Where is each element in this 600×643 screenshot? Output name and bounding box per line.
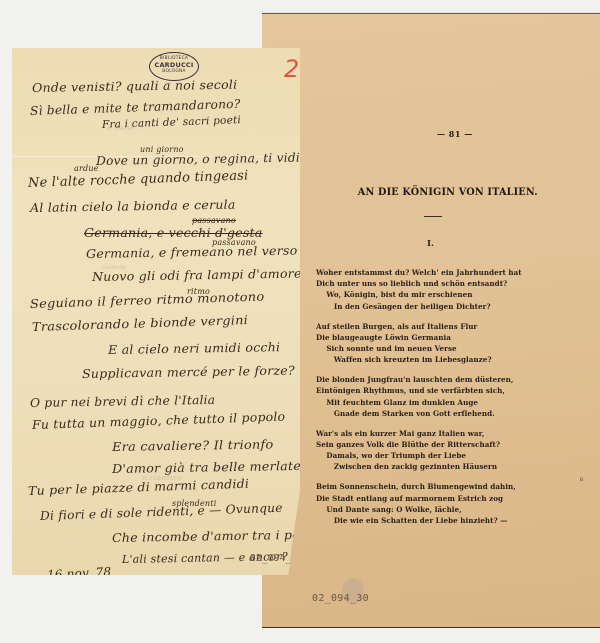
stamp-line: BOLOGNA bbox=[150, 69, 198, 74]
poem-line: Die blonden Jungfrau'n lauschten dem düs… bbox=[316, 374, 589, 385]
handwritten-line: Di fiori e di sole ridenti, e — Ovunque bbox=[40, 501, 283, 523]
handwritten-line: Supplicavan mercé per le forze? bbox=[82, 363, 295, 381]
poem-line: Sich sonnte und im neuen Verse bbox=[316, 343, 589, 354]
poem-line: Damals, wo der Triumph der Liebe bbox=[316, 450, 589, 461]
poem-line: Wo, Königin, bist du mir erschienen bbox=[316, 289, 589, 300]
handwritten-line: Nuovo gli odi fra lampi d'amore? bbox=[92, 266, 309, 284]
page-number: — 81 — bbox=[437, 129, 473, 139]
poem-line: Und Dante sang: O Wolke, lächle, bbox=[316, 504, 589, 515]
poem-line: Die Stadt entlang auf marmornem Estrich … bbox=[316, 493, 589, 504]
handwritten-line: Tu per le piazze di marmi candidi bbox=[28, 477, 250, 498]
stamp-line: CARDUCCI bbox=[150, 61, 198, 69]
poem-line: Sein ganzes Volk die Blüthe der Rittersc… bbox=[316, 439, 589, 450]
handwritten-line: Fu tutta un maggio, che tutto il popolo bbox=[32, 410, 286, 432]
red-folio-mark: 2 bbox=[284, 55, 299, 83]
stanza: War's als ein kurzer Mai ganz Italien wa… bbox=[316, 428, 600, 473]
poem-line: Dich unter uns so lieblich und schön ent… bbox=[316, 278, 589, 289]
handwritten-line: Dove un giorno, o regina, ti vidi? bbox=[96, 150, 307, 168]
title-rule bbox=[424, 216, 442, 217]
poem-line: Zwischen den zackig gezinnten Häusern bbox=[316, 461, 589, 472]
handwritten-manuscript: A' ITALIA . . . . Gelfredo IL COMITATO B… bbox=[12, 48, 300, 575]
poem-line: In den Gesängen der heiligen Dichter? bbox=[316, 301, 589, 312]
poem-line: Auf steilen Burgen, als auf Italiens Flu… bbox=[316, 321, 589, 332]
handwritten-line: Ne l'alte rocche quando tingeasi bbox=[28, 168, 249, 191]
poem-line: Eintönigen Rhythmus, und sie verfärbten … bbox=[316, 385, 589, 396]
signature-mark: 6 bbox=[580, 477, 583, 483]
stanza: Beim Sonnenschein, durch Blumengewind da… bbox=[316, 481, 600, 526]
poem-line: War's als ein kurzer Mai ganz Italien wa… bbox=[316, 428, 589, 439]
interlinear-note: passavano bbox=[192, 216, 236, 225]
handwritten-date: 16 nov. 78 bbox=[47, 565, 112, 582]
handwritten-line: E al cielo neri umidi occhi bbox=[108, 340, 280, 357]
handwritten-line: O pur nei brevi dì che l'Italia bbox=[30, 393, 215, 410]
handwritten-line: Seguiano il ferreo ritmo monotono bbox=[30, 289, 265, 311]
interlinear-note: ardue bbox=[74, 164, 99, 173]
handwritten-line: Onde venisti? quali a noi secoli bbox=[32, 78, 238, 95]
poem-line: Waffen sich kreuzten im Liebesglanze? bbox=[316, 354, 589, 365]
handwritten-line: Era cavaliere? Il trionfo bbox=[112, 437, 274, 454]
handwritten-line: D'amor già tra belle merlate bbox=[112, 459, 301, 476]
stanza: Auf steilen Burgen, als auf Italiens Flu… bbox=[316, 321, 600, 366]
stanza: Die blonden Jungfrau'n lauschten dem düs… bbox=[316, 374, 600, 419]
handwritten-line: Al latin cielo la bionda e cerula bbox=[30, 198, 236, 215]
library-stamp: BIBLIOTECA CARDUCCI BOLOGNA bbox=[149, 52, 199, 81]
poem-line: Woher entstammst du? Welch' ein Jahrhund… bbox=[316, 267, 589, 278]
handwritten-line: Trascolorando le bionde vergini bbox=[32, 313, 249, 334]
poem-line: Beim Sonnenschein, durch Blumengewind da… bbox=[316, 481, 589, 492]
section-numeral: I. bbox=[427, 239, 434, 249]
poem-line: Mit feuchtem Glanz im dunklen Auge bbox=[316, 397, 589, 408]
poem-body: Woher entstammst du? Welch' ein Jahrhund… bbox=[316, 267, 600, 535]
printed-page: — 81 — AN DIE KÖNIGIN VON ITALIEN. I. Wo… bbox=[262, 13, 600, 628]
poem-title: AN DIE KÖNIGIN VON ITALIEN. bbox=[342, 186, 554, 198]
archive-number-printed: 02_094_30 bbox=[312, 593, 369, 604]
poem-line: Die wie ein Schatten der Liebe hinzieht?… bbox=[316, 515, 589, 526]
poem-line: Gnade dem Starken von Gott erflehend. bbox=[316, 408, 589, 419]
handwritten-line: Fra i canti de' sacri poeti bbox=[102, 114, 241, 131]
handwritten-line: Che incombe d'amor tra i poggi bbox=[112, 528, 321, 545]
stanza: Woher entstammst du? Welch' ein Jahrhund… bbox=[316, 267, 600, 312]
handwritten-line: Germania, e fremeano nel verso bbox=[86, 243, 298, 261]
poem-line: Die blaugeaugte Löwin Germania bbox=[316, 332, 589, 343]
